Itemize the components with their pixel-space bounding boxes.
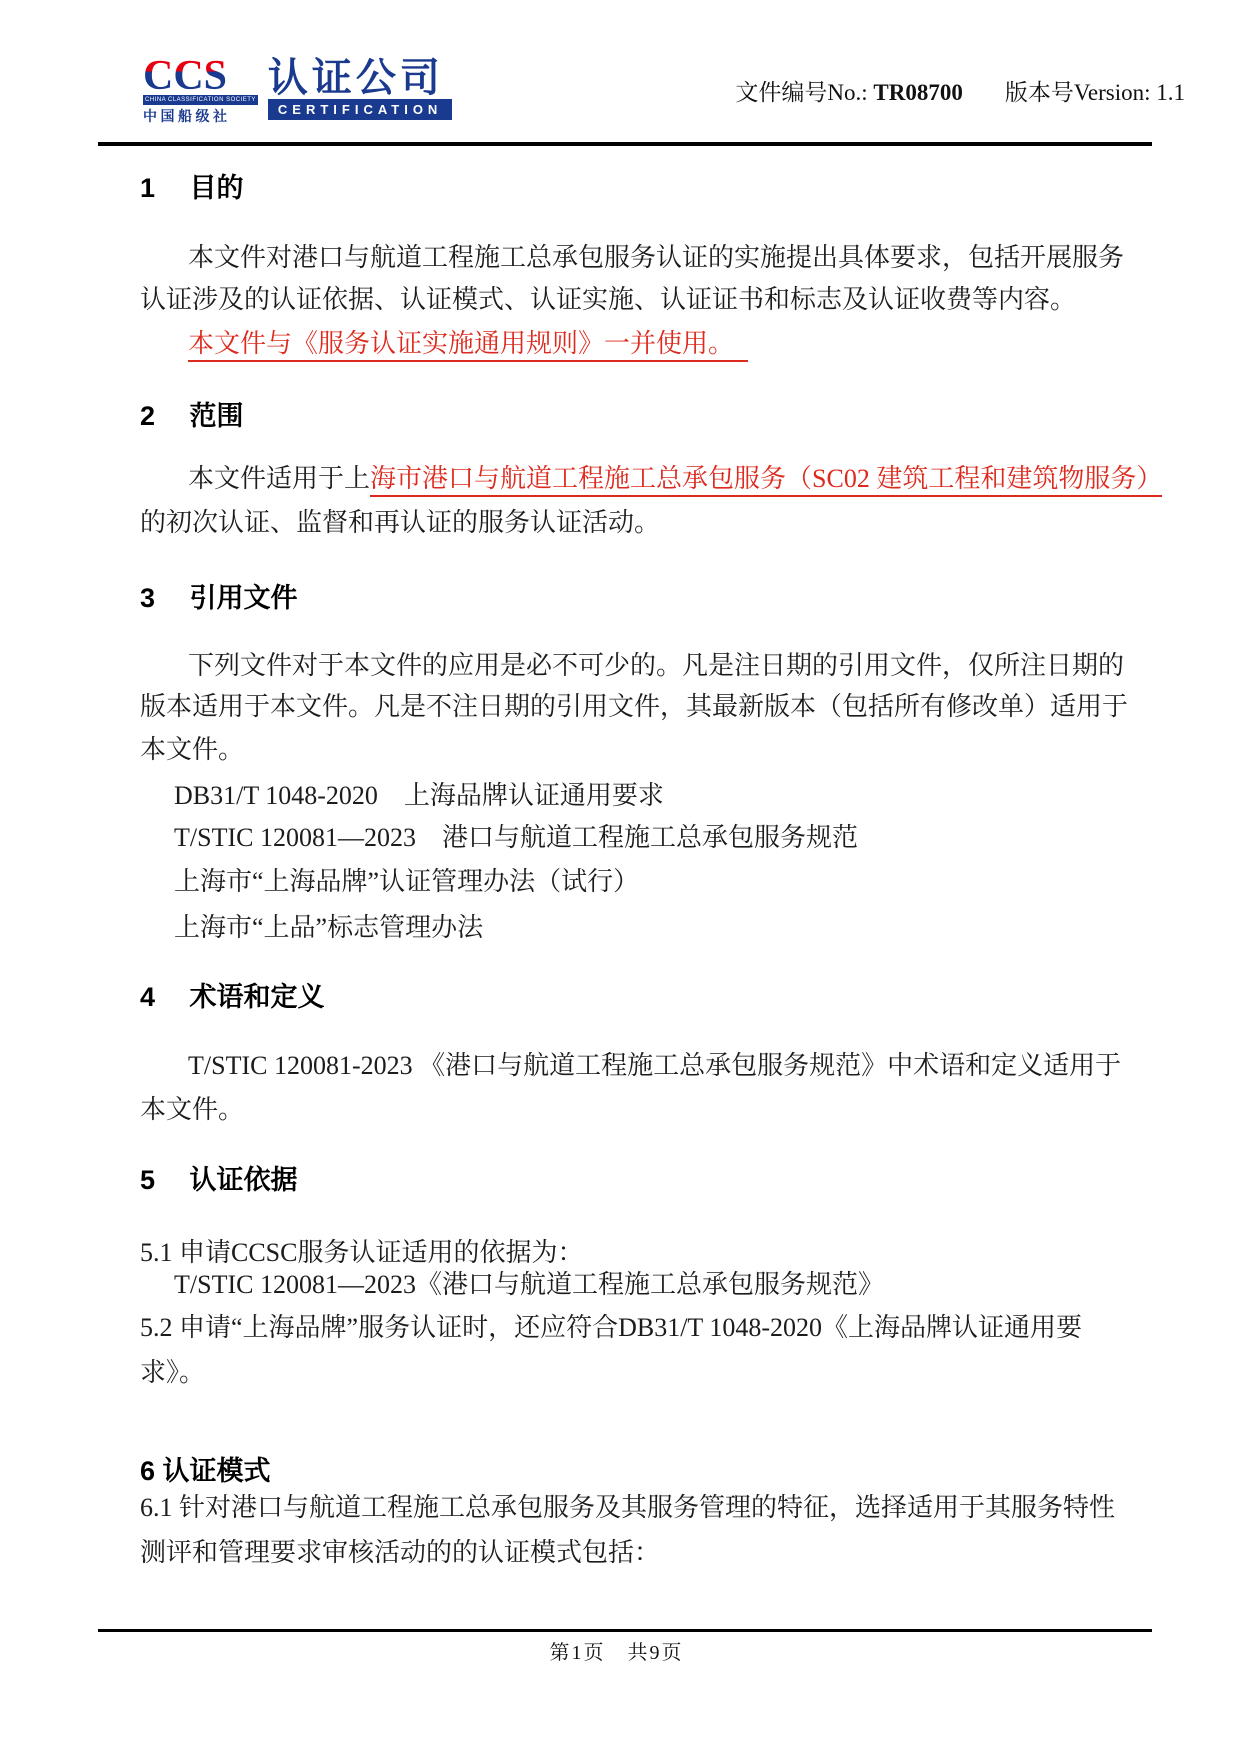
section-5-heading: 5 认证依据: [140, 1160, 298, 1200]
version-label: 版本号Version:: [1005, 80, 1156, 105]
section-2-paragraph-line-1: 本文件适用于上海市港口与航道工程施工总承包服务（SC02 建筑工程和建筑物服务）: [188, 459, 1162, 499]
reference-item-4: 上海市“上品”标志管理办法: [174, 908, 483, 948]
section-3-paragraph-line-1: 下列文件对于本文件的应用是必不可少的。凡是注日期的引用文件，仅所注日期的: [188, 646, 1124, 686]
section-3-paragraph-line-2: 版本适用于本文件。凡是不注日期的引用文件，其最新版本（包括所有修改单）适用于: [140, 687, 1128, 727]
ccs-wordmark: CCS: [143, 58, 258, 94]
footer-divider: [98, 1629, 1152, 1632]
ccs-society-cn: 中国船级社: [143, 106, 258, 126]
section-1-paragraph-line-1: 本文件对港口与航道工程施工总承包服务认证的实施提出具体要求，包括开展服务: [188, 238, 1124, 278]
version-value: 1.1: [1156, 80, 1185, 105]
ccs-logo-left: CCS CHINA CLASSIFICATION SOCIETY 中国船级社: [143, 58, 258, 126]
logo-certification-bar: CERTIFICATION: [268, 99, 452, 120]
clause-5-2-line-1: 5.2 申请“上海品牌”服务认证时，还应符合DB31/T 1048-2020《上…: [140, 1308, 1082, 1348]
header-divider: [98, 142, 1152, 146]
section-3-heading: 3 引用文件: [140, 578, 298, 618]
ccs-logo-right: 认证公司 CERTIFICATION: [268, 58, 452, 120]
doc-number-label: 文件编号No.:: [735, 80, 873, 105]
section-2-paragraph-line-2: 的初次认证、监督和再认证的服务认证活动。: [140, 503, 660, 543]
red-underlined-note: 本文件与《服务认证实施通用规则》一并使用。: [188, 329, 748, 362]
clause-6-1-line-2: 测评和管理要求审核活动的的认证模式包括：: [140, 1533, 660, 1573]
section-3-paragraph-line-3: 本文件。: [140, 730, 244, 770]
section-2-heading: 2 范围: [140, 396, 244, 436]
section-1-paragraph-line-2: 认证涉及的认证依据、认证模式、认证实施、认证证书和标志及认证收费等内容。: [140, 280, 1076, 320]
document-meta: 文件编号No.: TR08700版本号Version: 1.1: [735, 74, 1185, 107]
document-page: CCS CHINA CLASSIFICATION SOCIETY 中国船级社 认…: [0, 0, 1233, 1743]
reference-item-3: 上海市“上海品牌”认证管理办法（试行）: [174, 862, 639, 902]
ccs-logo: CCS CHINA CLASSIFICATION SOCIETY 中国船级社 认…: [143, 58, 452, 126]
clause-5-1-reference: T/STIC 120081—2023《港口与航道工程施工总承包服务规范》: [174, 1265, 884, 1305]
page-number: 第1页 共9页: [0, 1636, 1233, 1665]
section-1-red-note: 本文件与《服务认证实施通用规则》一并使用。: [188, 324, 748, 364]
clause-6-1-line-1: 6.1 针对港口与航道工程施工总承包服务及其服务管理的特征，选择适用于其服务特性: [140, 1488, 1115, 1528]
section-4-paragraph-line-1: T/STIC 120081-2023 《港口与航道工程施工总承包服务规范》中术语…: [188, 1046, 1121, 1086]
clause-5-2-line-2: 求》。: [140, 1353, 205, 1393]
section-4-heading: 4 术语和定义: [140, 977, 325, 1017]
section-6-heading: 6 认证模式: [140, 1451, 271, 1491]
scope-text-black: 本文件适用于上: [188, 464, 370, 493]
reference-item-2: T/STIC 120081—2023 港口与航道工程施工总承包服务规范: [174, 818, 858, 858]
ccs-society-en-bar: CHINA CLASSIFICATION SOCIETY: [143, 95, 258, 105]
doc-number-value: TR08700: [873, 80, 962, 105]
logo-company-name: 认证公司: [268, 58, 452, 98]
scope-text-red-underlined: 海市港口与航道工程施工总承包服务（SC02 建筑工程和建筑物服务）: [370, 464, 1162, 497]
reference-item-1: DB31/T 1048-2020 上海品牌认证通用要求: [174, 776, 664, 816]
section-1-heading: 1 目的: [140, 168, 244, 208]
section-4-paragraph-line-2: 本文件。: [140, 1090, 244, 1130]
